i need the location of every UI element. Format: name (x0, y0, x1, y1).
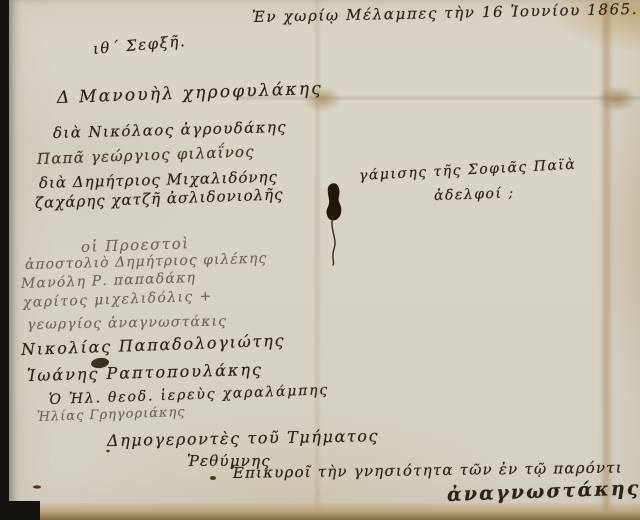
notable-name: γεωργίος ἀναγνωστάκις (27, 314, 228, 333)
dateline: Ἐν χωρίῳ Μέλαμπες τὴν 16 Ἰουνίου 1865. (252, 0, 639, 26)
signatory-name: Ὁ Ἠλ. θεοδ. ἱερεὺς χαραλάμπης (49, 382, 330, 408)
witness-name: διὰ Νικόλαος ἀγρουδάκης (53, 118, 288, 142)
notable-name: ἀποστολιὸ Δημήτριος φιλέκης (25, 251, 268, 273)
witness-name: Δ Μανουὴλ χηροφυλάκης (57, 79, 324, 108)
council-title: Δημογεροντὲς τοῦ Τμήματος (107, 426, 379, 450)
signatory-name: Νικολίας Παπαδολογιώτης (21, 331, 286, 359)
certification-statement: Ἐπικυροῖ τὴν γνησιότητα τῶν ἐν τῷ παρόντ… (231, 459, 623, 482)
protocol-note: ιθ΄ Σεφξῆ. (92, 32, 187, 58)
signatory-name: Ἠλίας Γρηγοριάκης (37, 405, 186, 425)
bottom-paper-edge (18, 503, 640, 520)
signature: ἀναγνωστάκης (447, 477, 640, 506)
notable-name: χαρίτος μιχελιδόλις + (23, 288, 213, 311)
side-annotation: γάμισης τῆς Σοφιᾶς Παϊὰ (359, 157, 577, 184)
notable-name: Μανόλη Ρ. παπαδάκη (21, 270, 197, 292)
fold-stain (597, 86, 637, 112)
signatory-name: Ἰωάνης Ραπτοπουλάκης (27, 360, 263, 385)
right-fold-crease (603, 0, 610, 520)
side-annotation: ἀδελφοί ; (434, 185, 515, 204)
scanned-manuscript-page: Ἐν χωρίῳ Μέλαμπες τὴν 16 Ἰουνίου 1865. ι… (0, 0, 640, 520)
witness-name: Παπᾶ γεώργιος φιλαΐνος (37, 142, 255, 168)
paper-sheet: Ἐν χωρίῳ Μέλαμπες τὴν 16 Ἰουνίου 1865. ι… (9, 0, 640, 520)
scan-border-corner (0, 501, 40, 520)
